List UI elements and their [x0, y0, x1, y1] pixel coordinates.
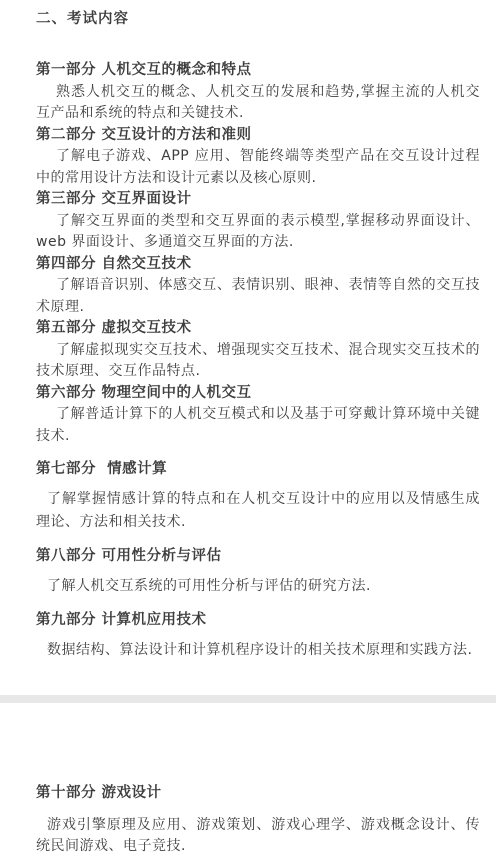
section-title: 第六部分 物理空间中的人机交互	[36, 383, 480, 405]
section-body: 熟悉人机交互的概念、人机交互的发展和趋势,掌握主流的人机交互产品和系统的特点和关…	[36, 82, 480, 125]
section-4: 第四部分 自然交互技术 了解语音识别、体感交互、表情识别、眼神、表情等自然的交互…	[36, 254, 480, 319]
section-title: 第八部分 可用性分析与评估	[36, 546, 480, 567]
section-title: 第五部分 虚拟交互技术	[36, 318, 480, 340]
section-body: 了解虚拟现实交互技术、增强现实交互技术、混合现实交互技术的技术原理、交互作品特点…	[36, 340, 480, 383]
section-3: 第三部分 交互界面设计 了解交互界面的类型和交互界面的表示模型,掌握移动界面设计…	[36, 189, 480, 254]
section-9: 第九部分 计算机应用技术 数据结构、算法设计和计算机程序设计的相关技术原理和实践…	[36, 610, 480, 662]
section-title: 第九部分 计算机应用技术	[36, 610, 480, 631]
section-title: 第二部分 交互设计的方法和准则	[36, 125, 480, 147]
document-viewport: 二、考试内容 第一部分 人机交互的概念和特点 熟悉人机交互的概念、人机交互的发展…	[0, 0, 496, 860]
section-body: 游戏引擎原理及应用、游戏策划、游戏心理学、游戏概念设计、传统民间游戏、电子竞技.	[36, 815, 480, 856]
page-1: 二、考试内容 第一部分 人机交互的概念和特点 熟悉人机交互的概念、人机交互的发展…	[0, 0, 496, 695]
section-body: 了解普适计算下的人机交互模式和以及基于可穿戴计算环境中关键技术.	[36, 404, 480, 447]
section-body: 数据结构、算法设计和计算机程序设计的相关技术原理和实践方法.	[36, 639, 480, 662]
section-2: 第二部分 交互设计的方法和准则 了解电子游戏、APP 应用、智能终端等类型产品在…	[36, 125, 480, 190]
section-body: 了解电子游戏、APP 应用、智能终端等类型产品在交互设计过程中的常用设计方法和设…	[36, 146, 480, 189]
section-7: 第七部分 情感计算 了解掌握情感计算的特点和在人机交互设计中的应用以及情感生成理…	[36, 459, 480, 534]
section-body: 了解人机交互系统的可用性分析与评估的研究方法.	[36, 575, 480, 598]
section-body: 了解掌握情感计算的特点和在人机交互设计中的应用以及情感生成理论、方法和相关技术.	[36, 488, 480, 534]
section-title: 第一部分 人机交互的概念和特点	[36, 60, 480, 82]
section-title: 第三部分 交互界面设计	[36, 189, 480, 211]
section-5: 第五部分 虚拟交互技术 了解虚拟现实交互技术、增强现实交互技术、混合现实交互技术…	[36, 318, 480, 383]
sections-group-a: 第一部分 人机交互的概念和特点 熟悉人机交互的概念、人机交互的发展和趋势,掌握主…	[36, 60, 480, 447]
section-title: 第四部分 自然交互技术	[36, 254, 480, 276]
section-8: 第八部分 可用性分析与评估 了解人机交互系统的可用性分析与评估的研究方法.	[36, 546, 480, 598]
section-6: 第六部分 物理空间中的人机交互 了解普适计算下的人机交互模式和以及基于可穿戴计算…	[36, 383, 480, 448]
doc-heading: 二、考试内容	[36, 12, 480, 27]
page-break-divider	[0, 695, 496, 703]
section-body: 了解语音识别、体感交互、表情识别、眼神、表情等自然的交互技术原理.	[36, 275, 480, 318]
page-2: 第十部分 游戏设计 游戏引擎原理及应用、游戏策划、游戏心理学、游戏概念设计、传统…	[0, 703, 496, 860]
section-title: 第七部分 情感计算	[36, 459, 480, 480]
section-10: 第十部分 游戏设计 游戏引擎原理及应用、游戏策划、游戏心理学、游戏概念设计、传统…	[36, 783, 480, 856]
section-body: 了解交互界面的类型和交互界面的表示模型,掌握移动界面设计、web 界面设计、多通…	[36, 211, 480, 254]
section-1: 第一部分 人机交互的概念和特点 熟悉人机交互的概念、人机交互的发展和趋势,掌握主…	[36, 60, 480, 125]
section-title: 第十部分 游戏设计	[36, 783, 480, 804]
